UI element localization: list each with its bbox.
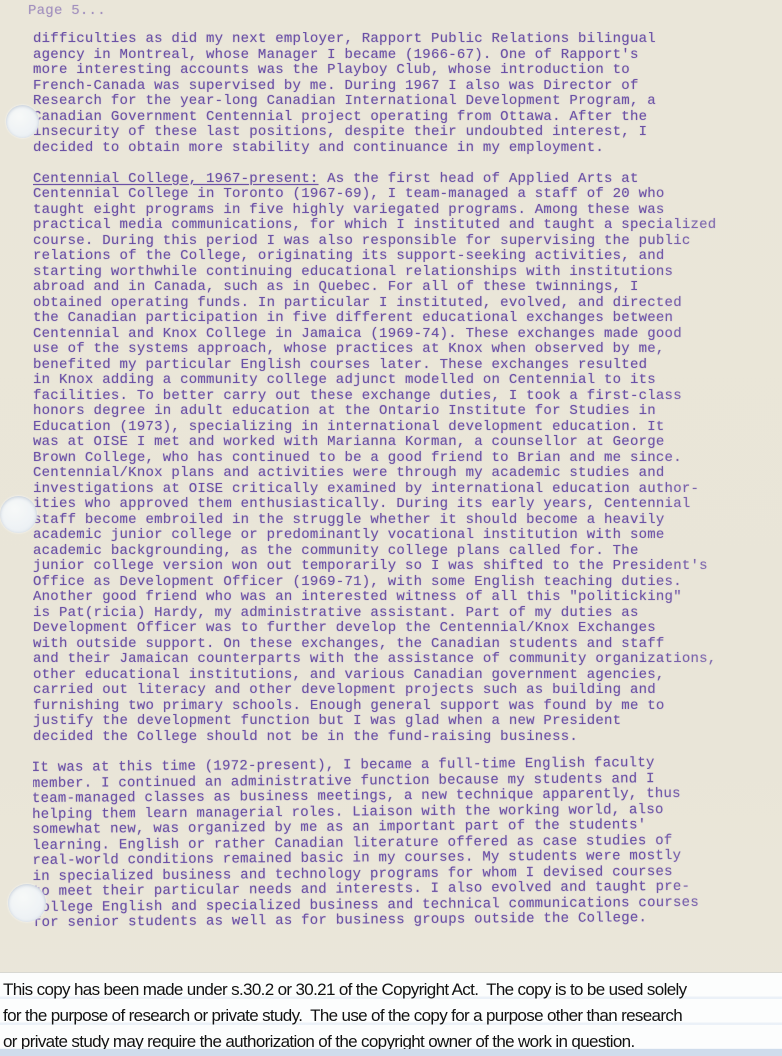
punch-hole-bottom bbox=[8, 884, 46, 922]
punch-hole-middle bbox=[0, 496, 37, 533]
scanned-typewritten-page: Page 5... difficulties as did my next em… bbox=[0, 0, 782, 1056]
paragraph-english-faculty: It was at this time (1972-present), I be… bbox=[32, 755, 775, 931]
page-number-label: Page 5... bbox=[28, 3, 106, 19]
punch-hole-top bbox=[6, 105, 39, 138]
paragraph-centennial-college: Centennial College, 1967-present: As the… bbox=[33, 172, 775, 746]
document-body: difficulties as did my next employer, Ra… bbox=[33, 32, 775, 947]
paragraph-centennial-college-text: As the first head of Applied Arts at Cen… bbox=[33, 171, 716, 745]
copyright-notice-band: This copy has been made under s.30.2 or … bbox=[0, 972, 782, 1056]
paragraph-previous-employment: difficulties as did my next employer, Ra… bbox=[33, 32, 775, 156]
copyright-notice-text: This copy has been made under s.30.2 or … bbox=[3, 977, 782, 1055]
scan-edge-strip bbox=[0, 1049, 782, 1056]
section-heading-centennial-college: Centennial College, 1967-present: bbox=[33, 171, 319, 187]
